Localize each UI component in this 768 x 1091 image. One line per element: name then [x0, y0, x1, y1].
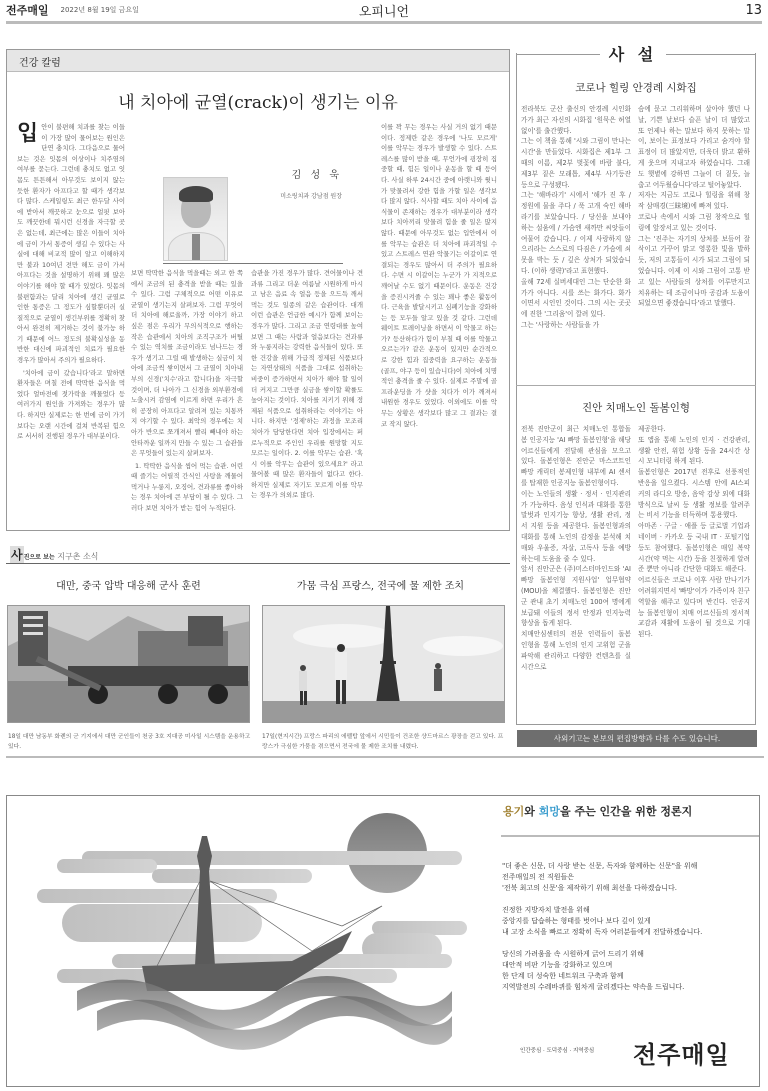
editorial-1-col-2: 슴에 묻고 그리워하며 살아야 했던 나날, 기쁜 날보다 슬픈 날이 더 많았… [638, 104, 750, 376]
dropcap: 입 [17, 122, 38, 144]
masthead: 전주매일 2022년 8월 19일 금요일 오피니언 13 [6, 0, 762, 20]
photo-tie [192, 234, 200, 261]
section-title: 오피니언 [6, 1, 762, 20]
editorial-2-title: 진안 치매노인 돌봄인형 [516, 400, 756, 415]
photo-news-2-image [262, 605, 505, 723]
health-col-1-text: 안이 불편해 치과를 찾는 이들이 가장 많이 물어보는 원인은 단연 충치다.… [17, 123, 125, 364]
editorial-2-col-2: 제공한다. 또 앱을 통해 노인의 인지 · 건강관리, 생활 안전, 위험 상… [638, 424, 750, 712]
editorial-label: 사 설 [600, 42, 666, 65]
photo-news-label-initial: 사 [10, 546, 24, 563]
photo-hair [179, 186, 213, 202]
ad-title-gold: 용기 [503, 805, 524, 818]
photo-news-label-sub: 진으로 보는 [24, 554, 55, 561]
ad-paragraph-1: "더 좋은 신문, 더 사랑 받는 신문, 독자와 함께하는 신문"을 위해 전… [502, 861, 752, 894]
ad-paragraph-3: 당신의 가려움을 속 시원하게 긁어 드리기 위해 대안적 비판 기능을 강화하… [502, 949, 752, 993]
health-col-4: 이를 꽉 무는 경우는 사실 거의 없기 때문이다. 정제란 같은 경우에 '나… [381, 122, 497, 526]
author-role: 미소링치과 강남점 원장 [232, 191, 342, 200]
photo-news-1-headline: 대만, 중국 압박 대응해 군사 훈련 [6, 577, 251, 592]
ad-logo: 전주매일 [633, 1035, 730, 1070]
ad-slogan: 인간중심 · 도덕중심 · 지역중심 [520, 1046, 594, 1054]
photo-news-2-headline: 가뭄 극심 프랑스, 전국에 물 제한 조치 [258, 577, 503, 592]
ad-title-rule [501, 835, 759, 837]
photo-news-1-image [7, 605, 250, 723]
left-bottom-rule [6, 756, 510, 758]
photo-news-label-rest: 지구촌 소식 [57, 552, 98, 561]
author-photo [163, 177, 228, 261]
eiffel-tower-image [263, 606, 505, 723]
author-rule [163, 263, 343, 264]
editorial-divider [516, 385, 756, 386]
editorial-rule-left [516, 54, 600, 55]
author-name: 김 성 욱 [280, 166, 342, 181]
editorial-2-col-1: 전북 진안군이 최근 치매노인 통합돌봄 인공지능 'AI 빠망 돌봄인형'을 … [521, 424, 631, 712]
ad-paragraph-2: 진정한 지방자치 발전을 위해 중앙지를 답습하는 형태를 벗어나 보다 깊이 … [502, 905, 752, 938]
health-col-3: 습관을 가진 경우가 많다. 견어물이나 견과류 그리고 더운 여름날 시원하게… [251, 268, 363, 526]
ad-title-mid: 와 [524, 805, 538, 818]
masthead-rule [6, 21, 762, 24]
health-col-2: 보면 딱딱한 음식을 먹을때는 외고 한 쪽에서 조금의 된 충격을 받을 때는… [131, 268, 243, 526]
photo-news-1-caption: 18일 대만 남동부 화롄의 군 기지에서 대만 군인들이 천궁 3호 지대공 … [8, 732, 253, 752]
ad-title-rest: 을 주는 인간을 위한 정론지 [560, 805, 692, 818]
editorial-1-col-1: 전라북도 군산 출신의 안경례 시인화가가 최근 자신의 시화집 '원묵은 허열… [521, 104, 631, 376]
ship-illustration [32, 811, 472, 1051]
photo-news-rule [6, 563, 510, 564]
photo-news-2-caption: 17일(현지시간) 프랑스 파리의 에펠탑 앞에서 시민들이 건조한 샹드마르스… [262, 732, 507, 752]
editorial-1-title: 코로나 힐링 안경례 시화집 [516, 80, 756, 95]
military-truck-image [8, 606, 250, 723]
health-col-2-list: 1. 딱딱한 음식을 씹어 먹는 습관. 어린 때 즐기는 어릴적 간식인 사탕… [131, 461, 243, 514]
disclaimer-banner: 사외기고는 본보의 편집방향과 다를 수도 있습니다. [517, 730, 757, 747]
health-col-1: 입 안이 불편해 치과를 찾는 이들이 가장 많이 물어보는 원인은 단연 충치… [17, 122, 125, 526]
ad-title-blue: 희망 [539, 805, 560, 818]
health-column-title: 내 치아에 균열(crack)이 생기는 이유 [6, 88, 510, 113]
photo-news-label: 사진으로 보는 지구촌 소식 [10, 546, 98, 563]
health-col-1-para2: '치아에 금이 갔습니다'라고 말하면 환자들은 며칠 전에 딱딱한 음식을 먹… [17, 368, 125, 442]
ad-title: 용기와 희망을 주는 인간을 위한 정론지 [503, 803, 692, 819]
editorial-rule-right [666, 54, 756, 55]
right-bottom-rule [510, 756, 764, 758]
health-col-2-text: 보면 딱딱한 음식을 먹을때는 외고 한 쪽에서 조금의 된 충격을 받을 때는… [131, 269, 243, 457]
column-tag: 건강 칼럼 [7, 50, 509, 72]
